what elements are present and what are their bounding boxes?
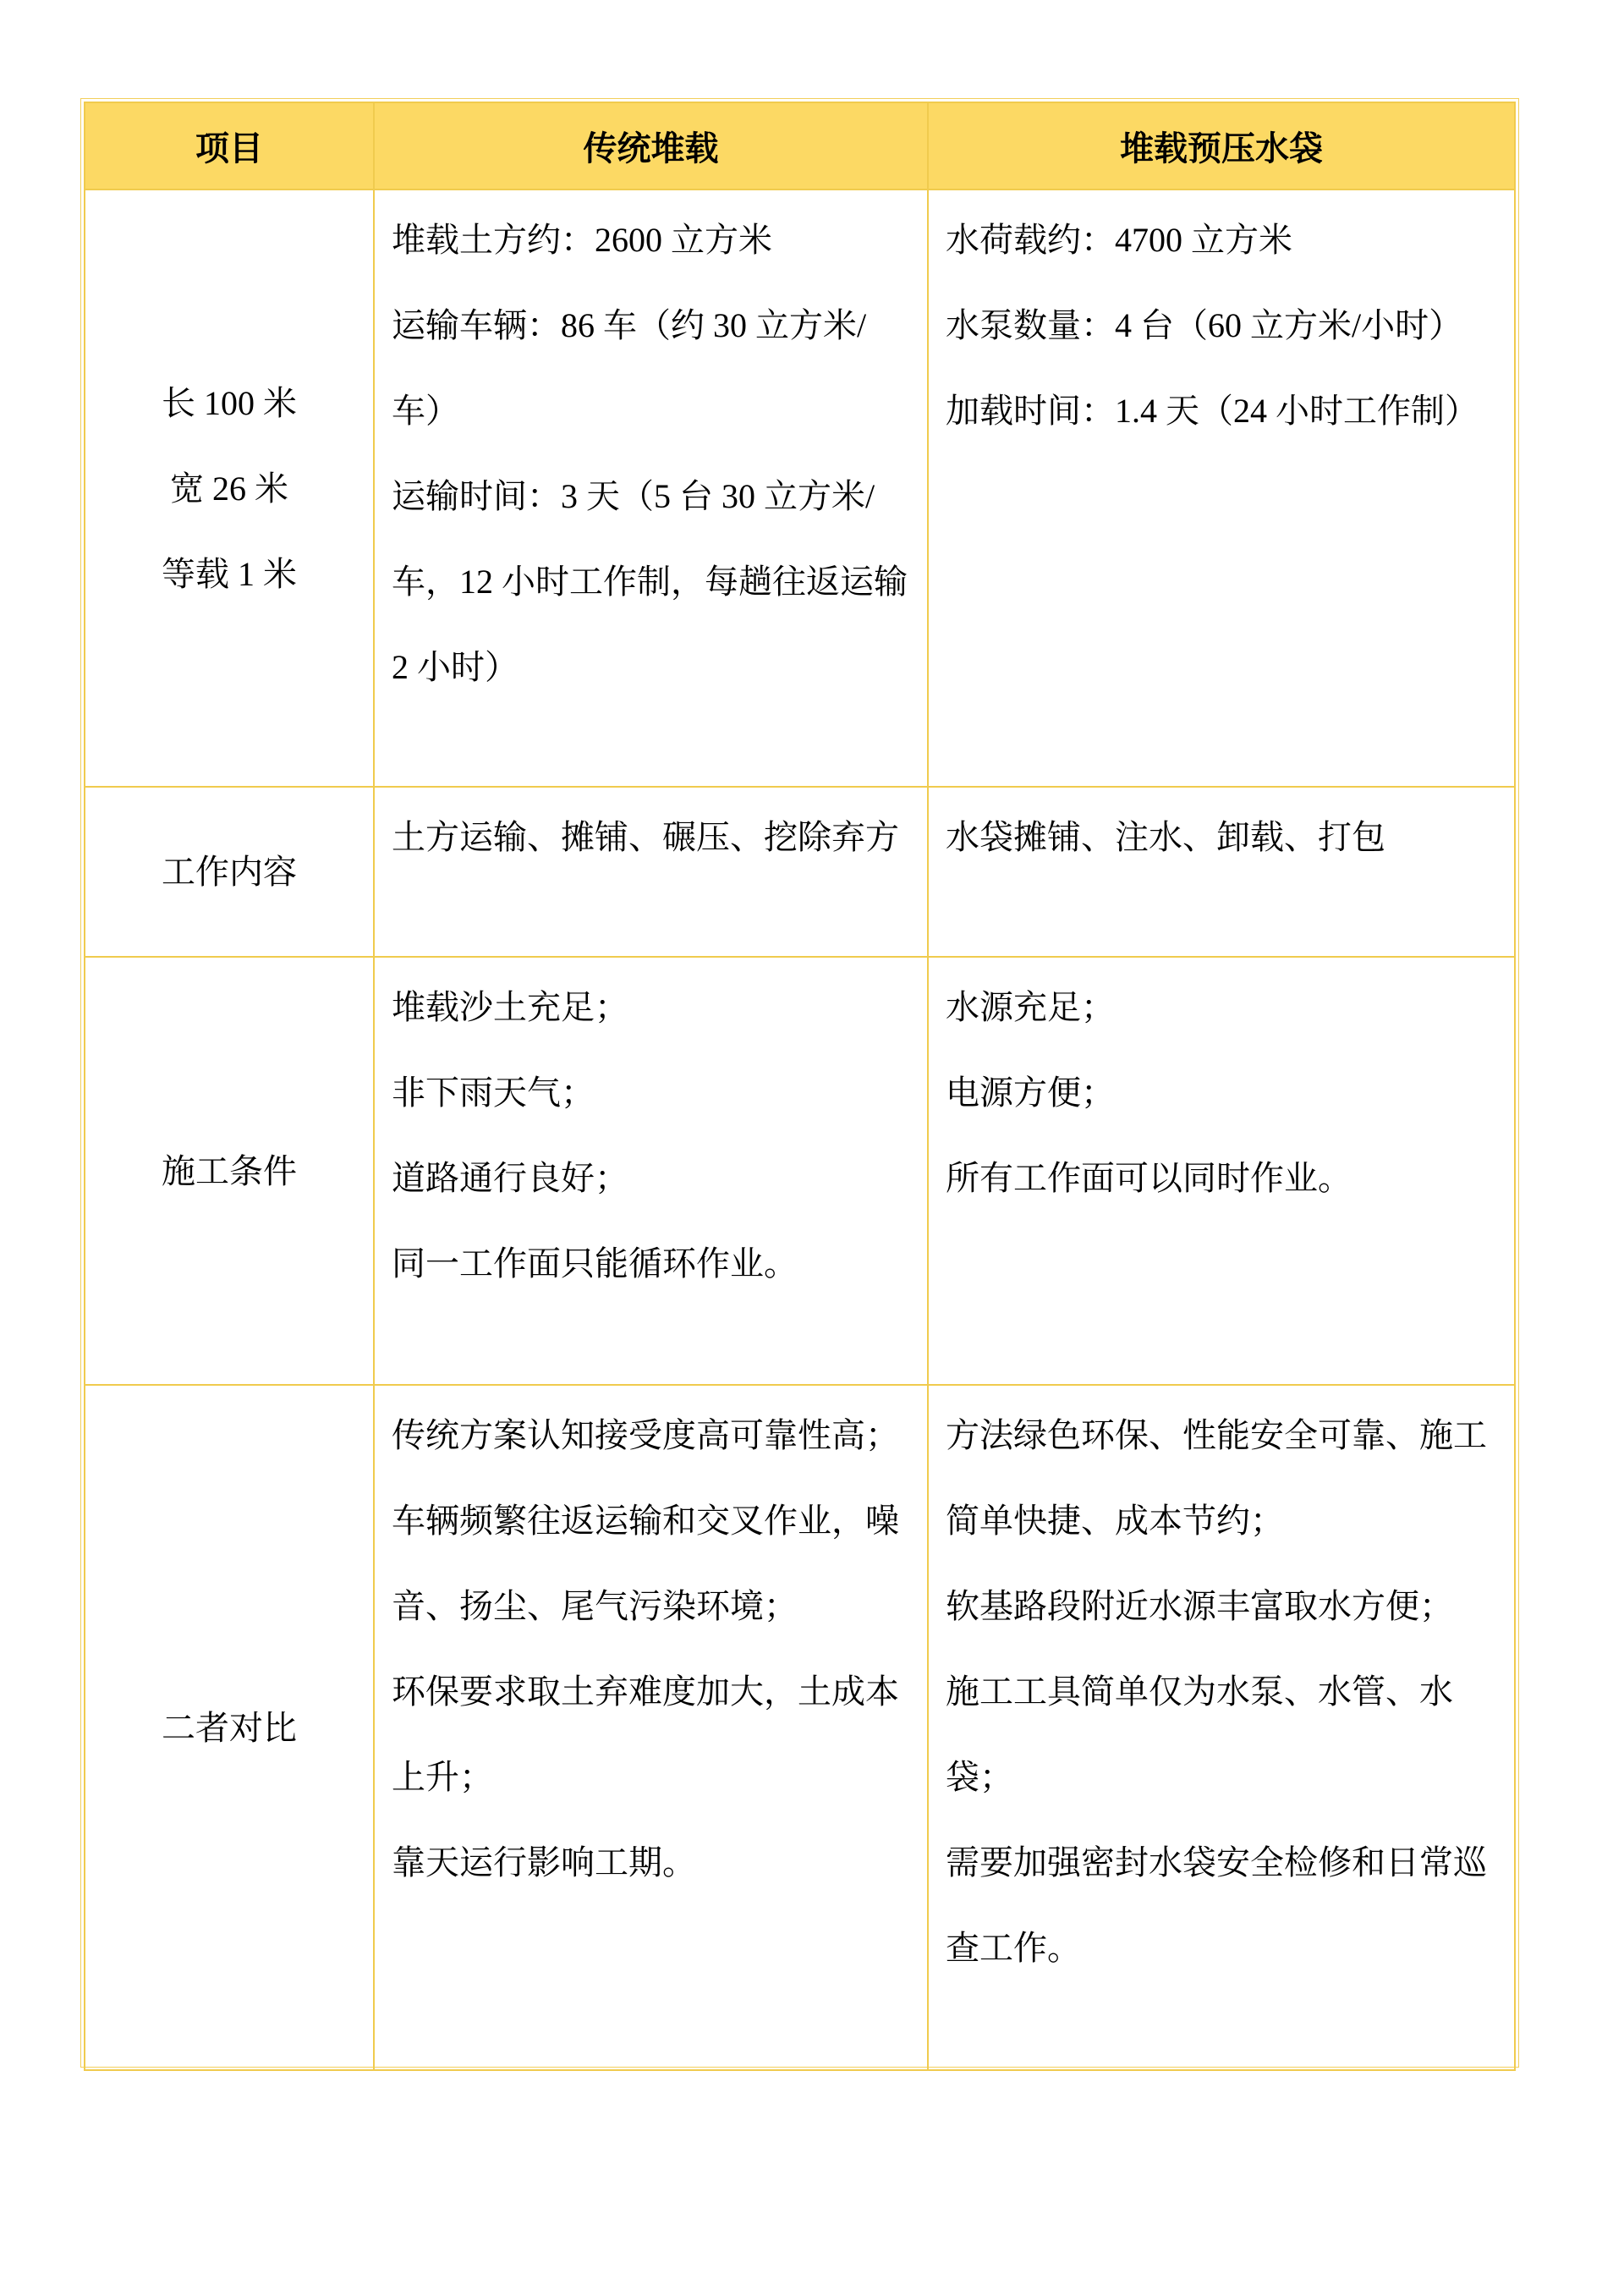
- cell-line: 需要加强密封水袋安全检修和日常巡查工作。: [946, 1820, 1504, 1991]
- cell-line: 施工工具简单仅为水泵、水管、水袋；: [946, 1649, 1504, 1820]
- cell-line: 土方运输、摊铺、碾压、挖除弃方: [392, 794, 917, 880]
- header-water-bag: 堆载预压水袋: [928, 102, 1515, 190]
- label-line: 长 100 米: [85, 360, 373, 446]
- cell-line: 方法绿色环保、性能安全可靠、施工简单快捷、成本节约；: [946, 1392, 1504, 1563]
- cell-line: 加载时间：1.4 天（24 小时工作制）: [946, 368, 1504, 453]
- traditional-cell: 传统方案认知接受度高可靠性高； 车辆频繁往返运输和交叉作业，噪音、扬尘、尾气污染…: [374, 1385, 928, 2070]
- label-line: 宽 26 米: [85, 446, 373, 531]
- cell-line: 同一工作面只能循环作业。: [392, 1221, 917, 1306]
- label-line: 工作内容: [85, 829, 373, 915]
- cell-line: 车辆频繁往返运输和交叉作业，噪音、扬尘、尾气污染环境；: [392, 1478, 917, 1649]
- row-label: 长 100 米 宽 26 米 等载 1 米: [85, 190, 374, 787]
- table-row: 工作内容 土方运输、摊铺、碾压、挖除弃方 水袋摊铺、注水、卸载、打包: [85, 787, 1515, 957]
- traditional-cell: 堆载土方约：2600 立方米 运输车辆：86 车（约 30 立方米/车） 运输时…: [374, 190, 928, 787]
- table-header-row: 项目 传统堆载 堆载预压水袋: [85, 102, 1515, 190]
- label-line: 施工条件: [85, 1129, 373, 1214]
- cell-line: 水袋摊铺、注水、卸载、打包: [946, 794, 1504, 880]
- traditional-cell: 堆载沙土充足； 非下雨天气； 道路通行良好； 同一工作面只能循环作业。: [374, 957, 928, 1385]
- cell-line: 水荷载约：4700 立方米: [946, 197, 1504, 283]
- label-line: 二者对比: [85, 1685, 373, 1771]
- cell-line: 运输时间：3 天（5 台 30 立方米/车，12 小时工作制，每趟往返运输 2 …: [392, 453, 917, 710]
- comparison-table: 项目 传统堆载 堆载预压水袋 长 100 米 宽 26 米 等载 1 米 堆载土…: [84, 102, 1516, 2071]
- cell-line: 堆载沙土充足；: [392, 964, 917, 1050]
- cell-line: 非下雨天气；: [392, 1050, 917, 1135]
- cell-line: 所有工作面可以同时作业。: [946, 1135, 1504, 1221]
- cell-line: 环保要求取土弃难度加大，土成本上升；: [392, 1649, 917, 1820]
- water-bag-cell: 水袋摊铺、注水、卸载、打包: [928, 787, 1515, 957]
- water-bag-cell: 水源充足； 电源方便； 所有工作面可以同时作业。: [928, 957, 1515, 1385]
- cell-line: 水泵数量：4 台（60 立方米/小时）: [946, 283, 1504, 368]
- cell-line: 水源充足；: [946, 964, 1504, 1050]
- cell-line: 堆载土方约：2600 立方米: [392, 197, 917, 283]
- header-traditional: 传统堆载: [374, 102, 928, 190]
- cell-line: 电源方便；: [946, 1050, 1504, 1135]
- row-label: 工作内容: [85, 787, 374, 957]
- header-item: 项目: [85, 102, 374, 190]
- comparison-table-frame: 项目 传统堆载 堆载预压水袋 长 100 米 宽 26 米 等载 1 米 堆载土…: [80, 98, 1519, 2068]
- water-bag-cell: 方法绿色环保、性能安全可靠、施工简单快捷、成本节约； 软基路段附近水源丰富取水方…: [928, 1385, 1515, 2070]
- table-row: 长 100 米 宽 26 米 等载 1 米 堆载土方约：2600 立方米 运输车…: [85, 190, 1515, 787]
- table-row: 施工条件 堆载沙土充足； 非下雨天气； 道路通行良好； 同一工作面只能循环作业。…: [85, 957, 1515, 1385]
- cell-line: 软基路段附近水源丰富取水方便；: [946, 1563, 1504, 1649]
- traditional-cell: 土方运输、摊铺、碾压、挖除弃方: [374, 787, 928, 957]
- water-bag-cell: 水荷载约：4700 立方米 水泵数量：4 台（60 立方米/小时） 加载时间：1…: [928, 190, 1515, 787]
- cell-line: 靠天运行影响工期。: [392, 1820, 917, 1905]
- label-line: 等载 1 米: [85, 531, 373, 617]
- cell-line: 运输车辆：86 车（约 30 立方米/车）: [392, 283, 917, 453]
- cell-line: 传统方案认知接受度高可靠性高；: [392, 1392, 917, 1478]
- row-label: 二者对比: [85, 1385, 374, 2070]
- row-label: 施工条件: [85, 957, 374, 1385]
- table-row: 二者对比 传统方案认知接受度高可靠性高； 车辆频繁往返运输和交叉作业，噪音、扬尘…: [85, 1385, 1515, 2070]
- cell-line: 道路通行良好；: [392, 1135, 917, 1221]
